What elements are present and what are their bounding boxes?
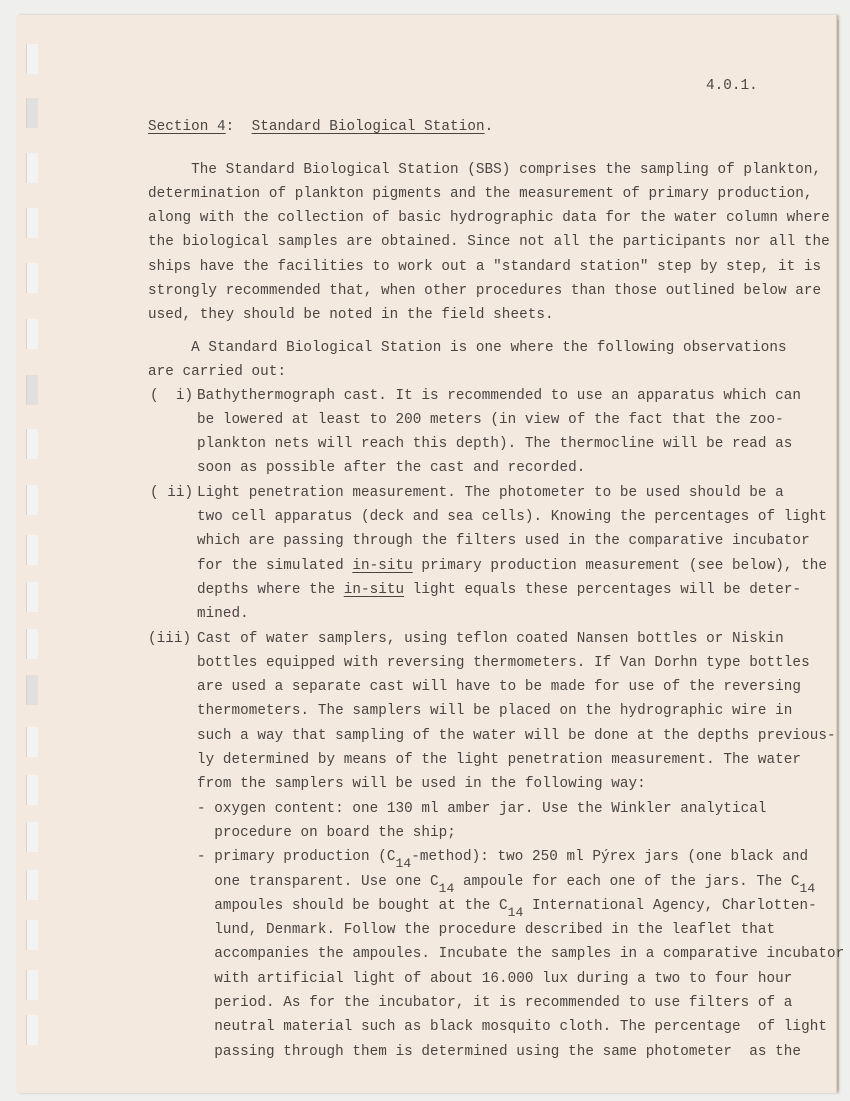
punch-hole bbox=[26, 920, 38, 950]
punch-hole bbox=[26, 319, 38, 349]
punch-hole bbox=[26, 485, 38, 515]
primary-production-line: one transparent. Use one C14 ampoule for… bbox=[197, 870, 815, 894]
text-run: primary production measurement (see belo… bbox=[413, 558, 827, 574]
item-i-line: soon as possible after the cast and reco… bbox=[197, 456, 585, 480]
punch-hole bbox=[26, 153, 38, 183]
primary-production-line: ampoules should be bought at the C14 Int… bbox=[197, 894, 817, 918]
primary-production-line: passing through them is determined using… bbox=[197, 1040, 801, 1064]
punch-hole bbox=[26, 629, 38, 659]
emphasis-in-situ: in-situ bbox=[352, 558, 412, 574]
primary-production-line: - primary production (C14-method): two 2… bbox=[197, 845, 808, 869]
oxygen-bullet-line: procedure on board the ship; bbox=[197, 821, 456, 845]
definition-line: A Standard Biological Station is one whe… bbox=[148, 336, 787, 360]
intro-line: used, they should be noted in the field … bbox=[148, 303, 554, 327]
item-ii-line: for the simulated in-situ primary produc… bbox=[197, 554, 827, 578]
punch-hole bbox=[26, 208, 38, 238]
item-iii-line: Cast of water samplers, using teflon coa… bbox=[197, 627, 784, 651]
punch-hole bbox=[26, 675, 38, 705]
punch-hole bbox=[26, 1015, 38, 1045]
section-title: Standard Biological Station bbox=[252, 119, 485, 135]
heading-period: . bbox=[485, 119, 494, 135]
item-ii-line: two cell apparatus (deck and sea cells).… bbox=[197, 505, 827, 529]
heading-colon: : bbox=[226, 119, 235, 135]
item-ii-line: Light penetration measurement. The photo… bbox=[197, 481, 784, 505]
item-iii-line: such a way that sampling of the water wi… bbox=[197, 724, 836, 748]
item-i-line: plankton nets will reach this depth). Th… bbox=[197, 432, 792, 456]
text-run: -method): two 250 ml Pýrex jars (one bla… bbox=[411, 849, 808, 865]
item-ii-line: mined. bbox=[197, 602, 249, 626]
oxygen-bullet-line: - oxygen content: one 130 ml amber jar. … bbox=[197, 797, 767, 821]
section-label: Section 4 bbox=[148, 119, 226, 135]
primary-production-line: period. As for the incubator, it is reco… bbox=[197, 991, 792, 1015]
punch-hole bbox=[26, 429, 38, 459]
item-iii-line: are used a separate cast will have to be… bbox=[197, 675, 801, 699]
item-ii-line: depths where the in-situ light equals th… bbox=[197, 578, 801, 602]
item-iii-line: from the samplers will be used in the fo… bbox=[197, 772, 646, 796]
text-run: one transparent. Use one C bbox=[197, 874, 439, 890]
punch-hole bbox=[26, 44, 38, 74]
primary-production-line: accompanies the ampoules. Incubate the s… bbox=[197, 942, 844, 966]
item-marker-iii: (iii) bbox=[148, 627, 191, 651]
item-i-line: Bathythermograph cast. It is recommended… bbox=[197, 384, 801, 408]
intro-line: the biological samples are obtained. Sin… bbox=[148, 230, 830, 254]
item-i-line: be lowered at least to 200 meters (in vi… bbox=[197, 408, 784, 432]
punch-hole bbox=[26, 98, 38, 128]
primary-production-line: neutral material such as black mosquito … bbox=[197, 1015, 827, 1039]
text-run: International Agency, Charlotten- bbox=[523, 898, 816, 914]
punch-hole bbox=[26, 535, 38, 565]
text-run: depths where the bbox=[197, 582, 344, 598]
text-run: ampoule for each one of the jars. The C bbox=[454, 874, 799, 890]
intro-line: ships have the facilities to work out a … bbox=[148, 255, 821, 279]
item-iii-line: thermometers. The samplers will be place… bbox=[197, 699, 792, 723]
intro-line: The Standard Biological Station (SBS) co… bbox=[148, 158, 821, 182]
item-ii-line: which are passing through the filters us… bbox=[197, 529, 810, 553]
punch-hole bbox=[26, 775, 38, 805]
text-run: ampoules should be bought at the C bbox=[197, 898, 508, 914]
item-iii-line: bottles equipped with reversing thermome… bbox=[197, 651, 810, 675]
punch-hole bbox=[26, 822, 38, 852]
text-run: light equals these percentages will be d… bbox=[404, 582, 801, 598]
intro-line: determination of plankton pigments and t… bbox=[148, 182, 812, 206]
definition-line: are carried out: bbox=[148, 360, 286, 384]
text-run: for the simulated bbox=[197, 558, 352, 574]
item-marker-i: ( i) bbox=[150, 384, 193, 408]
primary-production-line: lund, Denmark. Follow the procedure desc… bbox=[197, 918, 775, 942]
punch-hole bbox=[26, 375, 38, 405]
punch-hole bbox=[26, 970, 38, 1000]
text-run: - primary production (C bbox=[197, 849, 395, 865]
punch-hole bbox=[26, 582, 38, 612]
page-number: 4.0.1. bbox=[706, 78, 758, 94]
punch-hole bbox=[26, 870, 38, 900]
item-iii-line: ly determined by means of the light pene… bbox=[197, 748, 801, 772]
section-heading: Section 4: Standard Biological Station. bbox=[148, 119, 493, 135]
intro-line: along with the collection of basic hydro… bbox=[148, 206, 830, 230]
intro-line: strongly recommended that, when other pr… bbox=[148, 279, 821, 303]
primary-production-line: with artificial light of about 16.000 lu… bbox=[197, 967, 792, 991]
item-marker-ii: ( ii) bbox=[150, 481, 193, 505]
punch-hole bbox=[26, 727, 38, 757]
emphasis-in-situ: in-situ bbox=[344, 582, 404, 598]
subscript-14: 14 bbox=[395, 856, 411, 871]
punch-hole bbox=[26, 263, 38, 293]
